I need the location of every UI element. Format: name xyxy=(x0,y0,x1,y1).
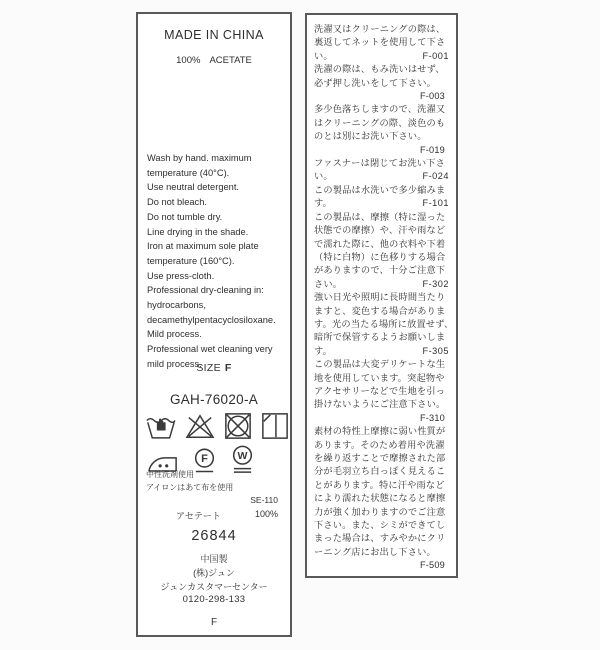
care-note-line: により濡れた状態になると摩擦 xyxy=(314,492,449,505)
care-label-japanese: 洗濯又はクリーニングの際は、裏返してネットを使用して下さい。F-001洗濯の際は… xyxy=(305,13,458,578)
composition-percent: 100% xyxy=(176,55,200,66)
composition-line: 100% ACETATE xyxy=(138,55,290,66)
care-instruction-line: Professional wet cleaning very xyxy=(147,342,287,357)
care-note-line: とがあります。特に汗や雨など xyxy=(314,479,449,492)
care-note-line: 洗濯又はクリーニングの際は、 xyxy=(314,23,449,36)
care-note-line: はクリーニングの際、淡色のも xyxy=(314,117,449,130)
detergent-note: 中性洗剤使用 xyxy=(146,469,290,480)
care-note-line: 多少色落ちしますので、洗濯又 xyxy=(314,103,449,116)
composition-material: ACETATE xyxy=(209,55,251,66)
care-instruction-line: hydrocarbons, xyxy=(147,298,287,313)
care-note-line: あります。そのため着用や洗濯 xyxy=(314,439,449,452)
care-instruction-line: Line drying in the shade. xyxy=(147,225,287,240)
care-note-line: のとは別にお洗い下さい。 xyxy=(314,130,449,143)
customer-center-phone: 0120-298-133 xyxy=(138,594,290,605)
care-note-line: ファスナーは閉じてお洗い下さ xyxy=(314,157,449,170)
care-code: F-302 xyxy=(422,278,449,291)
care-note-line: で濡れた際に、他の衣料や下着 xyxy=(314,238,449,251)
material-percent: 100% xyxy=(255,509,278,522)
care-note-text: す。 xyxy=(314,197,332,210)
care-instruction-line: Use press-cloth. xyxy=(147,269,287,284)
care-note-line: この製品は大変デリケートな生 xyxy=(314,358,449,371)
care-code: F-305 xyxy=(422,345,449,358)
care-instruction-line: temperature (40°C). xyxy=(147,166,287,181)
care-instruction-line: Professional dry-cleaning in: xyxy=(147,283,287,298)
care-instruction-line: Do not tumble dry. xyxy=(147,210,287,225)
care-note-paragraph: この製品は、摩擦（特に湿った状態での摩擦）や、汗や雨などで濡れた際に、他の衣料や… xyxy=(314,211,449,291)
care-note-line: 暗所で保管するようお願いしま xyxy=(314,331,449,344)
care-note-line: 強い日光や照明に長時間当たり xyxy=(314,291,449,304)
care-code: F-101 xyxy=(422,197,449,210)
care-note-line: 状態での摩擦）や、汗や雨など xyxy=(314,224,449,237)
care-note-line: 素材の特性上摩擦に弱い性質が xyxy=(314,425,449,438)
care-note-line: す。F-101 xyxy=(314,197,449,210)
care-note-text: い。 xyxy=(314,50,333,63)
care-code: F-509 xyxy=(314,559,449,572)
care-note-line: ますと、変色する場合がありま xyxy=(314,305,449,318)
material-name-jp: アセテート xyxy=(176,509,221,522)
care-instruction-line: Wash by hand. maximum xyxy=(147,151,287,166)
care-note-line: い。F-024 xyxy=(314,170,449,183)
care-note-paragraph: 多少色落ちしますので、洗濯又はクリーニングの際、淡色のものとは別にお洗い下さい。… xyxy=(314,103,449,157)
care-note-line: 裏返してネットを使用して下さ xyxy=(314,36,449,49)
size-row: SIZEF xyxy=(138,362,290,374)
country-of-origin-jp: 中国製 xyxy=(138,552,290,565)
svg-text:W: W xyxy=(238,450,248,462)
origin-text: MADE IN CHINA xyxy=(138,28,290,42)
care-note-text: す。 xyxy=(314,345,332,358)
care-label-english: MADE IN CHINA 100% ACETATE Wash by hand.… xyxy=(136,12,292,637)
care-note-paragraph: 洗濯又はクリーニングの際は、裏返してネットを使用して下さい。F-001 xyxy=(314,23,449,63)
care-note-line: 必ず押し洗いをして下さい。 xyxy=(314,77,449,90)
care-note-line: 洗濯の際は、もみ洗いはせず、 xyxy=(314,63,449,76)
care-note-line: 地を使用しています。突起物や xyxy=(314,372,449,385)
care-note-paragraph: この製品は水洗いで多少縮みます。F-101 xyxy=(314,184,449,211)
do-not-tumble-dry-icon xyxy=(224,412,252,440)
care-code: F-003 xyxy=(314,90,449,103)
care-note-line: まった場合は、すみやかにクリ xyxy=(314,532,449,545)
line-dry-in-shade-icon xyxy=(261,412,289,440)
care-note-line: がありますので、十分ご注意下 xyxy=(314,264,449,277)
care-note-paragraph: 洗濯の際は、もみ洗いはせず、必ず押し洗いをして下さい。F-003 xyxy=(314,63,449,103)
care-note-line: この製品は水洗いで多少縮みま xyxy=(314,184,449,197)
care-note-line: す。光の当たる場所に放置せず、 xyxy=(314,318,449,331)
care-note-line: い。F-001 xyxy=(314,50,449,63)
care-code: F-019 xyxy=(314,144,449,157)
svg-text:F: F xyxy=(201,453,208,465)
care-note-line: 力が強く加わりますのでご注意 xyxy=(314,506,449,519)
care-instruction-line: decamethylpentacyclosiloxane. xyxy=(147,313,287,328)
care-symbols-row-1 xyxy=(145,412,289,440)
care-instruction-line: Iron at maximum sole plate xyxy=(147,239,287,254)
care-note-line: 分が毛羽立ち白っぽく見えるこ xyxy=(314,465,449,478)
care-code: F-024 xyxy=(422,170,449,183)
care-label-photo: { "colors": { "page_background": "#fbfbf… xyxy=(0,0,600,650)
item-number: 26844 xyxy=(138,528,290,544)
care-note-line: 掛けないようにご注意下さい。 xyxy=(314,398,449,411)
care-code: F-001 xyxy=(422,50,449,63)
product-code: GAH-76020-A xyxy=(138,392,290,407)
care-note-line: （特に白物）に色移りする場合 xyxy=(314,251,449,264)
care-note-line: この製品は、摩擦（特に湿った xyxy=(314,211,449,224)
ref-code: SE-110 xyxy=(250,495,278,505)
care-note-text: い。 xyxy=(314,170,333,183)
care-note-paragraph: 強い日光や照明に長時間当たりますと、変色する場合があります。光の当たる場所に放置… xyxy=(314,291,449,358)
size-label: SIZE xyxy=(196,362,221,374)
size-value: F xyxy=(225,362,232,374)
material-row: アセテート 100% xyxy=(176,509,278,522)
care-note-line: さい。F-302 xyxy=(314,278,449,291)
care-note-line: アクセサリーなどで生地を引っ xyxy=(314,385,449,398)
hand-wash-icon xyxy=(145,412,176,440)
care-instruction-line: Use neutral detergent. xyxy=(147,180,287,195)
company-name: (株)ジュン xyxy=(138,566,290,579)
do-not-bleach-icon xyxy=(185,412,215,440)
size-letter-bottom: F xyxy=(138,617,290,628)
care-instruction-line: Mild process. xyxy=(147,327,287,342)
care-note-paragraph: ファスナーは閉じてお洗い下さい。F-024 xyxy=(314,157,449,184)
care-instruction-line: Do not bleach. xyxy=(147,195,287,210)
care-note-line: を繰り返すことで摩擦された部 xyxy=(314,452,449,465)
care-note-line: 下さい。また、シミができてし xyxy=(314,519,449,532)
care-note-text: さい。 xyxy=(314,278,342,291)
care-note-line: す。F-305 xyxy=(314,345,449,358)
care-instruction-line: temperature (160°C). xyxy=(147,254,287,269)
iron-cloth-note: アイロンはあて布を使用 xyxy=(146,482,290,493)
care-note-paragraph: 素材の特性上摩擦に弱い性質があります。そのため着用や洗濯を繰り返すことで摩擦され… xyxy=(314,425,449,572)
care-instructions-en: Wash by hand. maximumtemperature (40°C).… xyxy=(147,151,287,372)
care-code: F-310 xyxy=(314,412,449,425)
care-note-paragraph: この製品は大変デリケートな生地を使用しています。突起物やアクセサリーなどで生地を… xyxy=(314,358,449,425)
customer-center-name: ジュンカスタマーセンター xyxy=(138,580,290,593)
care-note-line: ーニング店にお出し下さい。 xyxy=(314,546,449,559)
